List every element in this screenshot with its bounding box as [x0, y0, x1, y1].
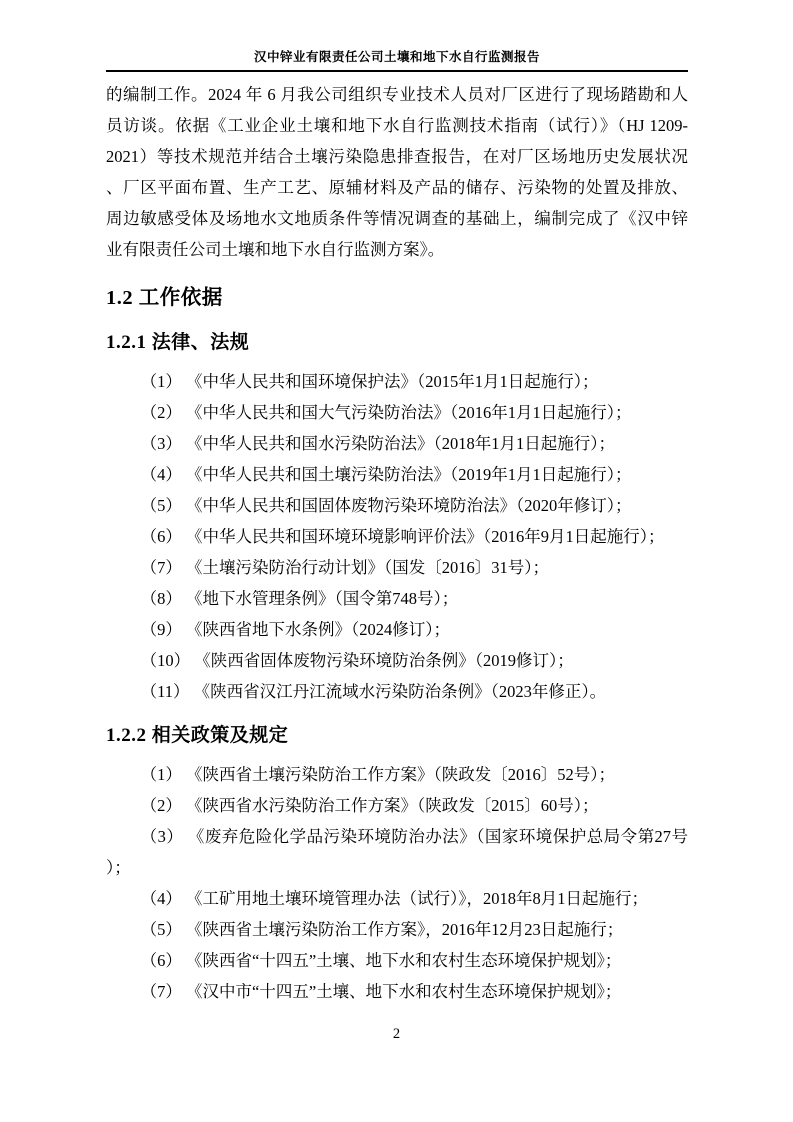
- section-heading-1-2-1: 1.2.1 法律、法规: [106, 327, 688, 359]
- document-page: 汉中锌业有限责任公司土壤和地下水自行监测报告 的编制工作。2024 年 6 月我…: [0, 0, 793, 1122]
- list-item: （5） 《中华人民共和国固体废物污染环境防治法》（2020年修订）；: [106, 490, 688, 521]
- list-item: （2） 《中华人民共和国大气污染防治法》（2016年1月1日起施行）；: [106, 397, 688, 428]
- list-item: （1） 《陕西省土壤污染防治工作方案》（陕政发〔2016〕52号）；: [106, 759, 688, 790]
- list-item: （6） 《陕西省“十四五”土壤、地下水和农村生态环境保护规划》；: [106, 945, 688, 976]
- list-item: （9） 《陕西省地下水条例》（2024修订）；: [106, 614, 688, 645]
- paragraph-line: 员访谈。依据《工业企业土壤和地下水自行监测技术指南（试行）》（HJ 1209-: [106, 110, 688, 141]
- list-item: （10） 《陕西省固体废物污染环境防治条例》（2019修订）；: [106, 645, 688, 676]
- paragraph-line: 周边敏感受体及场地水文地质条件等情况调查的基础上，编制完成了《汉中锌: [106, 203, 688, 234]
- list-item: （3） 《中华人民共和国水污染防治法》（2018年1月1日起施行）；: [106, 428, 688, 459]
- list-item: （3） 《废弃危险化学品污染环境防治办法》（国家环境保护总局令第27号: [106, 821, 688, 852]
- header-rule-divider: [106, 70, 688, 72]
- document-body: 的编制工作。2024 年 6 月我公司组织专业技术人员对厂区进行了现场踏勘和人 …: [106, 79, 688, 1007]
- policies-list: （1） 《陕西省土壤污染防治工作方案》（陕政发〔2016〕52号）； （2） 《…: [106, 759, 688, 1007]
- list-item: （4） 《中华人民共和国土壤污染防治法》（2019年1月1日起施行）；: [106, 459, 688, 490]
- page-header-title: 汉中锌业有限责任公司土壤和地下水自行监测报告: [106, 48, 688, 66]
- intro-paragraph: 的编制工作。2024 年 6 月我公司组织专业技术人员对厂区进行了现场踏勘和人 …: [106, 79, 688, 265]
- list-item: （7） 《土壤污染防治行动计划》（国发〔2016〕31号）；: [106, 552, 688, 583]
- paragraph-line: 的编制工作。2024 年 6 月我公司组织专业技术人员对厂区进行了现场踏勘和人: [106, 79, 688, 110]
- list-item-continuation: ）；: [106, 852, 688, 883]
- list-item: （2） 《陕西省水污染防治工作方案》（陕政发〔2015〕60号）；: [106, 790, 688, 821]
- list-item: （7） 《汉中市“十四五”土壤、地下水和农村生态环境保护规划》；: [106, 976, 688, 1007]
- list-item: （1） 《中华人民共和国环境保护法》（2015年1月1日起施行）；: [106, 366, 688, 397]
- paragraph-line: 业有限责任公司土壤和地下水自行监测方案》。: [106, 234, 688, 265]
- laws-list: （1） 《中华人民共和国环境保护法》（2015年1月1日起施行）； （2） 《中…: [106, 366, 688, 707]
- list-item: （8） 《地下水管理条例》（国令第748号）；: [106, 583, 688, 614]
- list-item: （11） 《陕西省汉江丹江流域水污染防治条例》（2023年修正）。: [106, 676, 688, 707]
- paragraph-line: 、厂区平面布置、生产工艺、原辅材料及产品的储存、污染物的处置及排放、: [106, 172, 688, 203]
- list-item: （4） 《工矿用地土壤环境管理办法（试行）》，2018年8月1日起施行；: [106, 883, 688, 914]
- list-item: （5） 《陕西省土壤污染防治工作方案》，2016年12月23日起施行；: [106, 914, 688, 945]
- page-number: 2: [393, 1026, 400, 1042]
- page-header: 汉中锌业有限责任公司土壤和地下水自行监测报告: [106, 48, 688, 72]
- section-heading-1-2: 1.2 工作依据: [106, 282, 688, 314]
- section-heading-1-2-2: 1.2.2 相关政策及规定: [106, 720, 688, 752]
- list-item: （6） 《中华人民共和国环境环境影响评价法》（2016年9月1日起施行）；: [106, 521, 688, 552]
- page-footer: 2: [0, 1024, 793, 1044]
- paragraph-line: 2021）等技术规范并结合土壤污染隐患排查报告，在对厂区场地历史发展状况: [106, 141, 688, 172]
